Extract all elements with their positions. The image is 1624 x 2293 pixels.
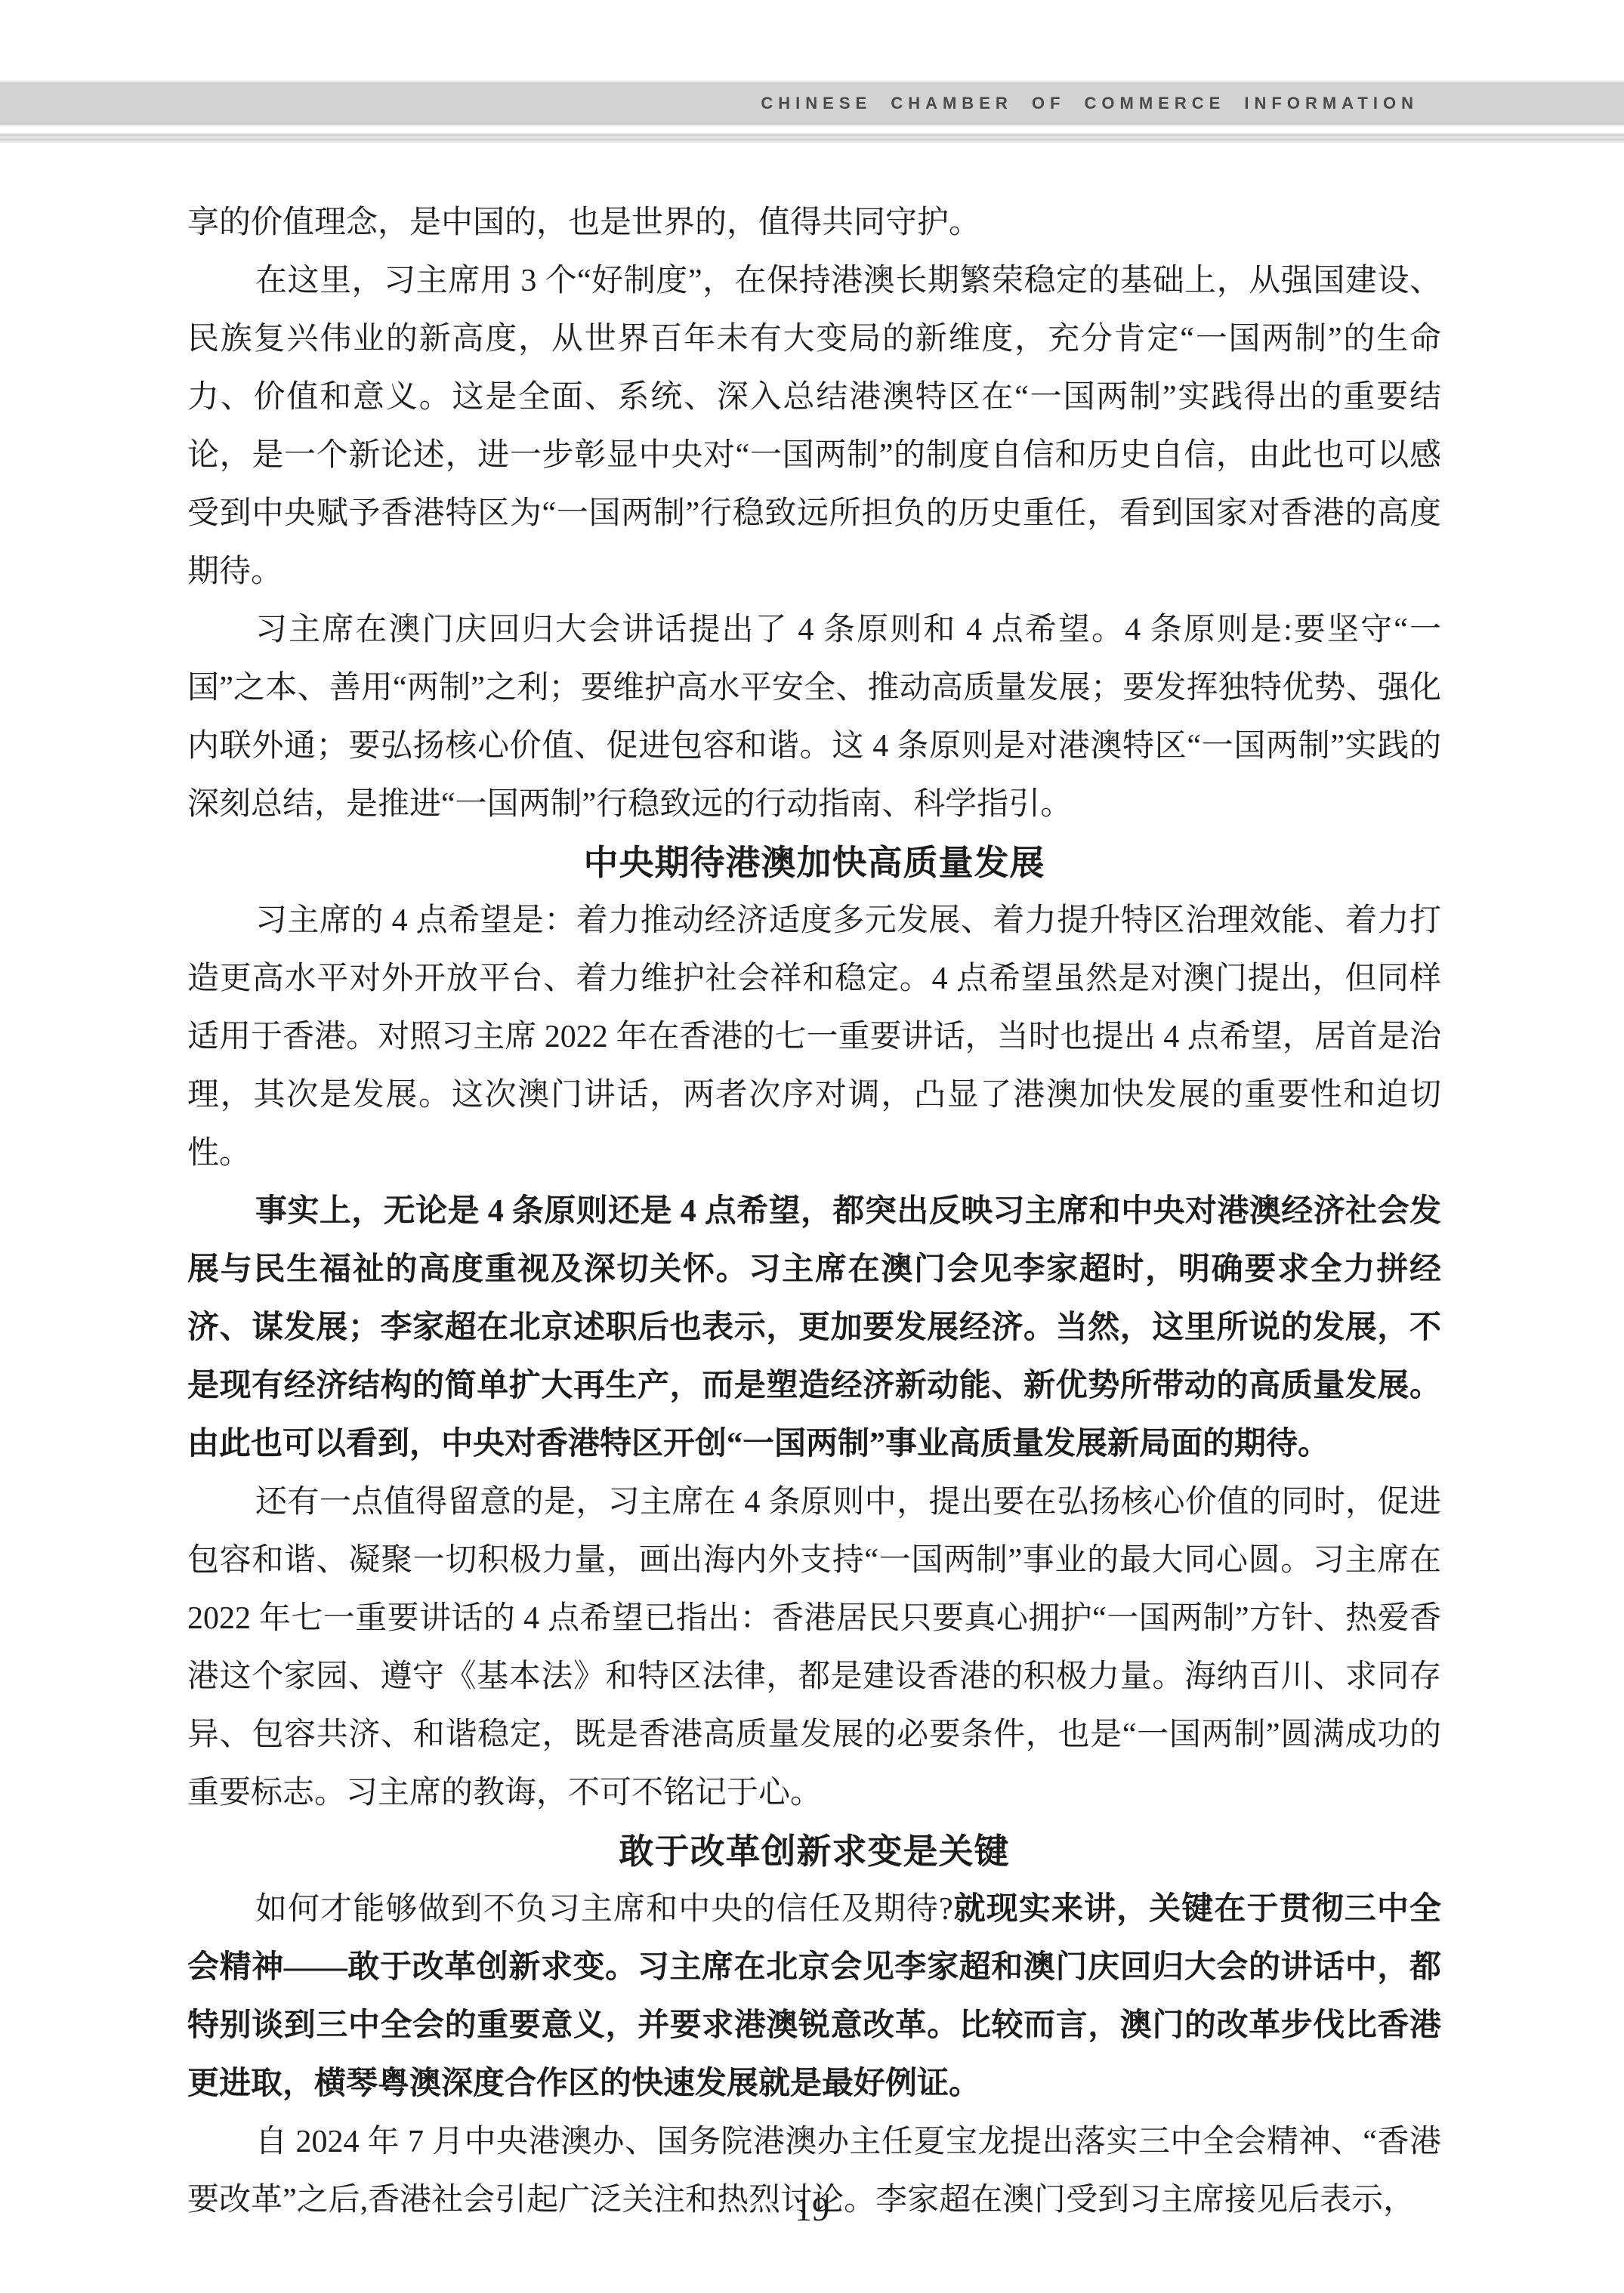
paragraph: 还有一点值得留意的是，习主席在 4 条原则中，提出要在弘扬核心价值的同时，促进包…: [187, 1474, 1441, 1822]
paragraph-mixed: 如何才能够做到不负习主席和中央的信任及期待?就现实来讲，关键在于贯彻三中全会精神…: [187, 1881, 1441, 2113]
paragraph: 习主席在澳门庆回归大会讲话提出了 4 条原则和 4 点希望。4 条原则是:要坚守…: [187, 601, 1441, 834]
page-number: 19: [0, 2189, 1624, 2229]
section-heading-2: 敢于改革创新求变是关键: [187, 1822, 1441, 1881]
paragraph: 习主席的 4 点希望是：着力推动经济适度多元发展、着力提升特区治理效能、着力打造…: [187, 892, 1441, 1183]
paragraph: 在这里，习主席用 3 个“好制度”，在保持港澳长期繁荣稳定的基础上，从强国建设、…: [187, 252, 1441, 601]
paragraph-intro-run: 如何才能够做到不负习主席和中央的信任及期待?: [255, 1892, 953, 1927]
paragraph-bold: 事实上，无论是 4 条原则还是 4 点希望，都突出反映习主席和中央对港澳经济社会…: [187, 1183, 1441, 1474]
header-title: CHINESE CHAMBER OF COMMERCE INFORMATION: [761, 94, 1419, 113]
paragraph-continuation: 享的价值理念，是中国的，也是世界的，值得共同守护。: [187, 194, 1441, 252]
header-band: CHINESE CHAMBER OF COMMERCE INFORMATION: [0, 82, 1624, 125]
header-divider-strip: [0, 133, 1624, 143]
magazine-page: CHINESE CHAMBER OF COMMERCE INFORMATION …: [0, 0, 1624, 2293]
article-body: 享的价值理念，是中国的，也是世界的，值得共同守护。 在这里，习主席用 3 个“好…: [187, 194, 1441, 2230]
section-heading-1: 中央期待港澳加快高质量发展: [187, 834, 1441, 892]
